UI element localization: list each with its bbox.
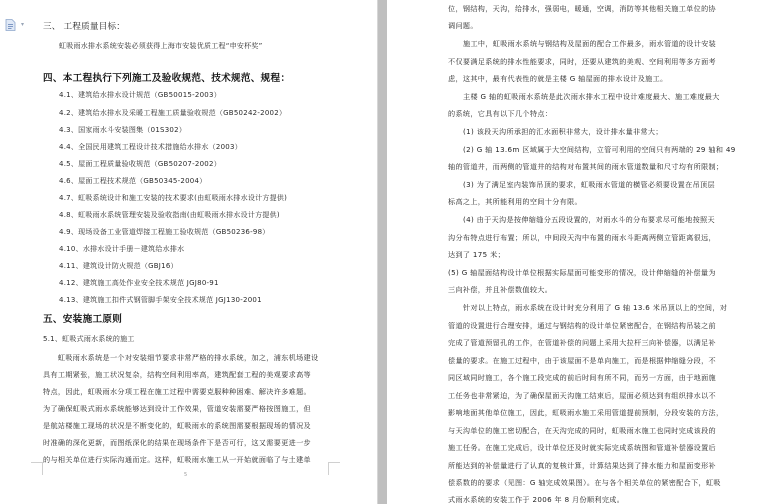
subsection-5-1: 5.1、虹吸式雨水系统的施工 xyxy=(43,334,135,344)
standard-item: 4.13、建筑施工扣件式钢管脚手架安全技术规范 JGJ130-2001 xyxy=(59,295,262,305)
body-line: 的与相关单位进行实际沟通而定。这样，虹吸雨水施工从一开始就面临了与土建单 xyxy=(43,455,311,465)
body-line: 工任务也非常紧迫，为了确保屋面天沟施工结束后，屋面必须达到有组织排水以不 xyxy=(448,391,716,401)
standard-item: 4.11、建筑设计防火规范（GBJ16） xyxy=(59,261,178,271)
body-line: 施工任务。在施工完成后，设计单位还及时就实际完成系统图和管道补偿器设置后 xyxy=(448,443,716,453)
body-line: 虹吸雨水系统是一个对安装细节要求非常严格的排水系统，加之，浦东机场建设 xyxy=(43,353,318,363)
body-line: 达到了 175 米； xyxy=(448,250,505,260)
body-line: 影响地面其他单位施工，因此，虹吸雨水施工采用管道提前预制，分段安装的方法， xyxy=(448,408,723,418)
body-line: 调问题。 xyxy=(448,21,478,31)
page-5: ▾ 三、 工程质量目标： 虹吸雨水排水系统安装必须获得上海市安装优质工程“申安杯… xyxy=(0,0,377,504)
body-line: 不仅要满足系统的排水性能要求，同时，还要从建筑的美观、空间利用等多方面考 xyxy=(448,57,716,67)
body-line: 为了确保虹吸式雨水系统能够达到设计工作效果，管道安装需要严格按图施工，但 xyxy=(43,404,311,414)
body-line: (2) G 轴 13.6m 区域属于大空间结构，立管可利用的空间只有两端的 29… xyxy=(463,145,736,155)
standard-item: 4.6、屋面工程技术规范（GB50345-2004） xyxy=(59,176,206,186)
body-line: 虑，这其中，最有代表性的就是主楼 G 轴屋面的排水设计及施工。 xyxy=(448,74,667,84)
page-separator xyxy=(377,0,387,504)
standard-item: 4.4、全国民用建筑工程设计技术措施给水排水（2003） xyxy=(59,142,242,152)
body-line: 三向补偿，并且补偿数值较大。 xyxy=(448,285,552,295)
body-line: 主楼 G 轴的虹吸雨水系统是此次雨水排水工程中设计难度最大、施工难度最大 xyxy=(463,92,720,102)
body-line: 与天沟单位的施工密切配合，在天沟完成的同时，虹吸雨水施工也同时完成该段的 xyxy=(448,426,716,436)
page-corner-mark xyxy=(328,462,340,475)
standard-item: 4.1、建筑给水排水设计规范（GB50015-2003） xyxy=(59,90,221,100)
body-line: 是航站楼施工现场的状况是不断变化的，虹吸雨水的系统图需要根据现场的情况及 xyxy=(43,421,311,431)
section-4-title: 四、本工程执行下列施工及验收规范、技术规范、规程： xyxy=(43,70,290,84)
body-line: 同区域同时施工，各个施工段完成的前后时间有所不同，而另一方面，由于地面施 xyxy=(448,373,716,383)
body-line: (5) G 轴屋面结构设计单位根据实际屋面可能变形的情况，设计伸缩缝的补偿量为 xyxy=(448,268,716,278)
chevron-down-icon[interactable]: ▾ xyxy=(21,21,24,28)
body-line: 具有工期紧张，施工状况复杂，结构空间利用率高，建筑配套工程的美观要求高等 xyxy=(43,370,311,380)
page-corner-mark xyxy=(31,462,43,475)
standard-item: 4.12、建筑施工高处作业安全技术规范 JGJ80-91 xyxy=(59,278,219,288)
standard-item: 4.7、虹吸系统设计和施工安装的技术要求(由虹吸雨水排水设计方提供) xyxy=(59,193,287,203)
body-line: 的系统，它具有以下几个特点： xyxy=(448,109,552,119)
standard-item: 4.9、现场设备工业管道焊接工程施工验收规范（GB50236-98） xyxy=(59,227,270,237)
body-line: 所能达到的补偿量进行了认真的复核计算，计算结果达到了排水能力和屋面变形补 xyxy=(448,461,716,471)
section-3-text: 虹吸雨水排水系统安装必须获得上海市安装优质工程“申安杯奖” xyxy=(59,41,263,51)
standard-item: 4.8、虹吸雨水系统管理安装及验收指南(由虹吸雨水排水设计方提供) xyxy=(59,210,280,220)
standard-item: 4.2、建筑给水排水及采暖工程施工质量验收规范（GB50242-2002） xyxy=(59,108,286,118)
standard-item: 4.3、国家雨水斗安装图集（01S302） xyxy=(59,125,186,135)
page-number: 5 xyxy=(184,472,187,478)
body-line: 沟分布特点进行布置；所以，中间段天沟中布置的雨水斗距离两侧立管距离很远， xyxy=(448,233,716,243)
body-line: 轴的管道井，而两侧的管道井的结构对布置其间的雨水管道数量和尺寸均有所限制； xyxy=(448,162,723,172)
body-line: 偿量的要求。在施工过程中，由于该屋面不是单向施工，而是根据伸缩缝分段，不 xyxy=(448,356,716,366)
section-5-title: 五、安装施工原则 xyxy=(43,311,122,325)
body-line: 标高之上，其所能利用的空间十分有限。 xyxy=(448,197,582,207)
body-line: (1) 该段天沟所承担的汇水面积非常大，设计排水量非常大； xyxy=(463,127,663,137)
body-line: 偿系数的的要求（见图：G 轴完成效果图）。在与各个相关单位的紧密配合下，虹吸 xyxy=(448,478,721,488)
body-line: 位，钢结构，天沟，给排水，强弱电，暖通，空调，消防等其他相关施工单位的协 xyxy=(448,4,716,14)
body-line: 式雨水系统的安装工作于 2006 年 8 月份顺利完成。 xyxy=(448,495,624,504)
standard-item: 4.10、水排水设计手册－建筑给水排水 xyxy=(59,244,184,254)
body-line: 特点，因此，虹吸雨水分项工程在施工过程中需要克服种种困难、解决许多难题。 xyxy=(43,387,311,397)
body-line: 针对以上特点，雨水系统在设计时充分利用了 G 轴 13.6 米吊顶以上的空间，对 xyxy=(463,303,727,313)
document-icon[interactable] xyxy=(5,19,17,31)
body-line: 施工中，虹吸雨水系统与钢结构及屋面的配合工作最多，雨水管道的设计安装 xyxy=(463,39,716,49)
body-line: (4) 由于天沟是按伸缩缝分五段设置的，对雨水斗的分布要求尽可能地按照天 xyxy=(463,215,715,225)
body-line: (3) 为了满足室内装饰吊顶的要求，虹吸雨水管道的横管必须要设置在吊顶层 xyxy=(463,180,715,190)
document-viewer: ▾ 三、 工程质量目标： 虹吸雨水排水系统安装必须获得上海市安装优质工程“申安杯… xyxy=(0,0,760,504)
page-6: 位，钢结构，天沟，给排水，强弱电，暖通，空调，消防等其他相关施工单位的协 调问题… xyxy=(387,0,760,504)
body-line: 完成了管道预留孔的工作，在管道补偿的问题上采用大拉杆三向补偿器，以满足补 xyxy=(448,338,716,348)
body-line: 时准确的深化更新，而图纸深化的结果在现场条件下是否可行，这又需要更进一步 xyxy=(43,438,311,448)
body-line: 管道的设置进行合理安排，通过与钢结构的设计单位紧密配合，在钢结构吊装之前 xyxy=(448,321,716,331)
section-3-title: 三、 工程质量目标： xyxy=(43,20,125,32)
standard-item: 4.5、屋面工程质量验收规范（GB50207-2002） xyxy=(59,159,221,169)
